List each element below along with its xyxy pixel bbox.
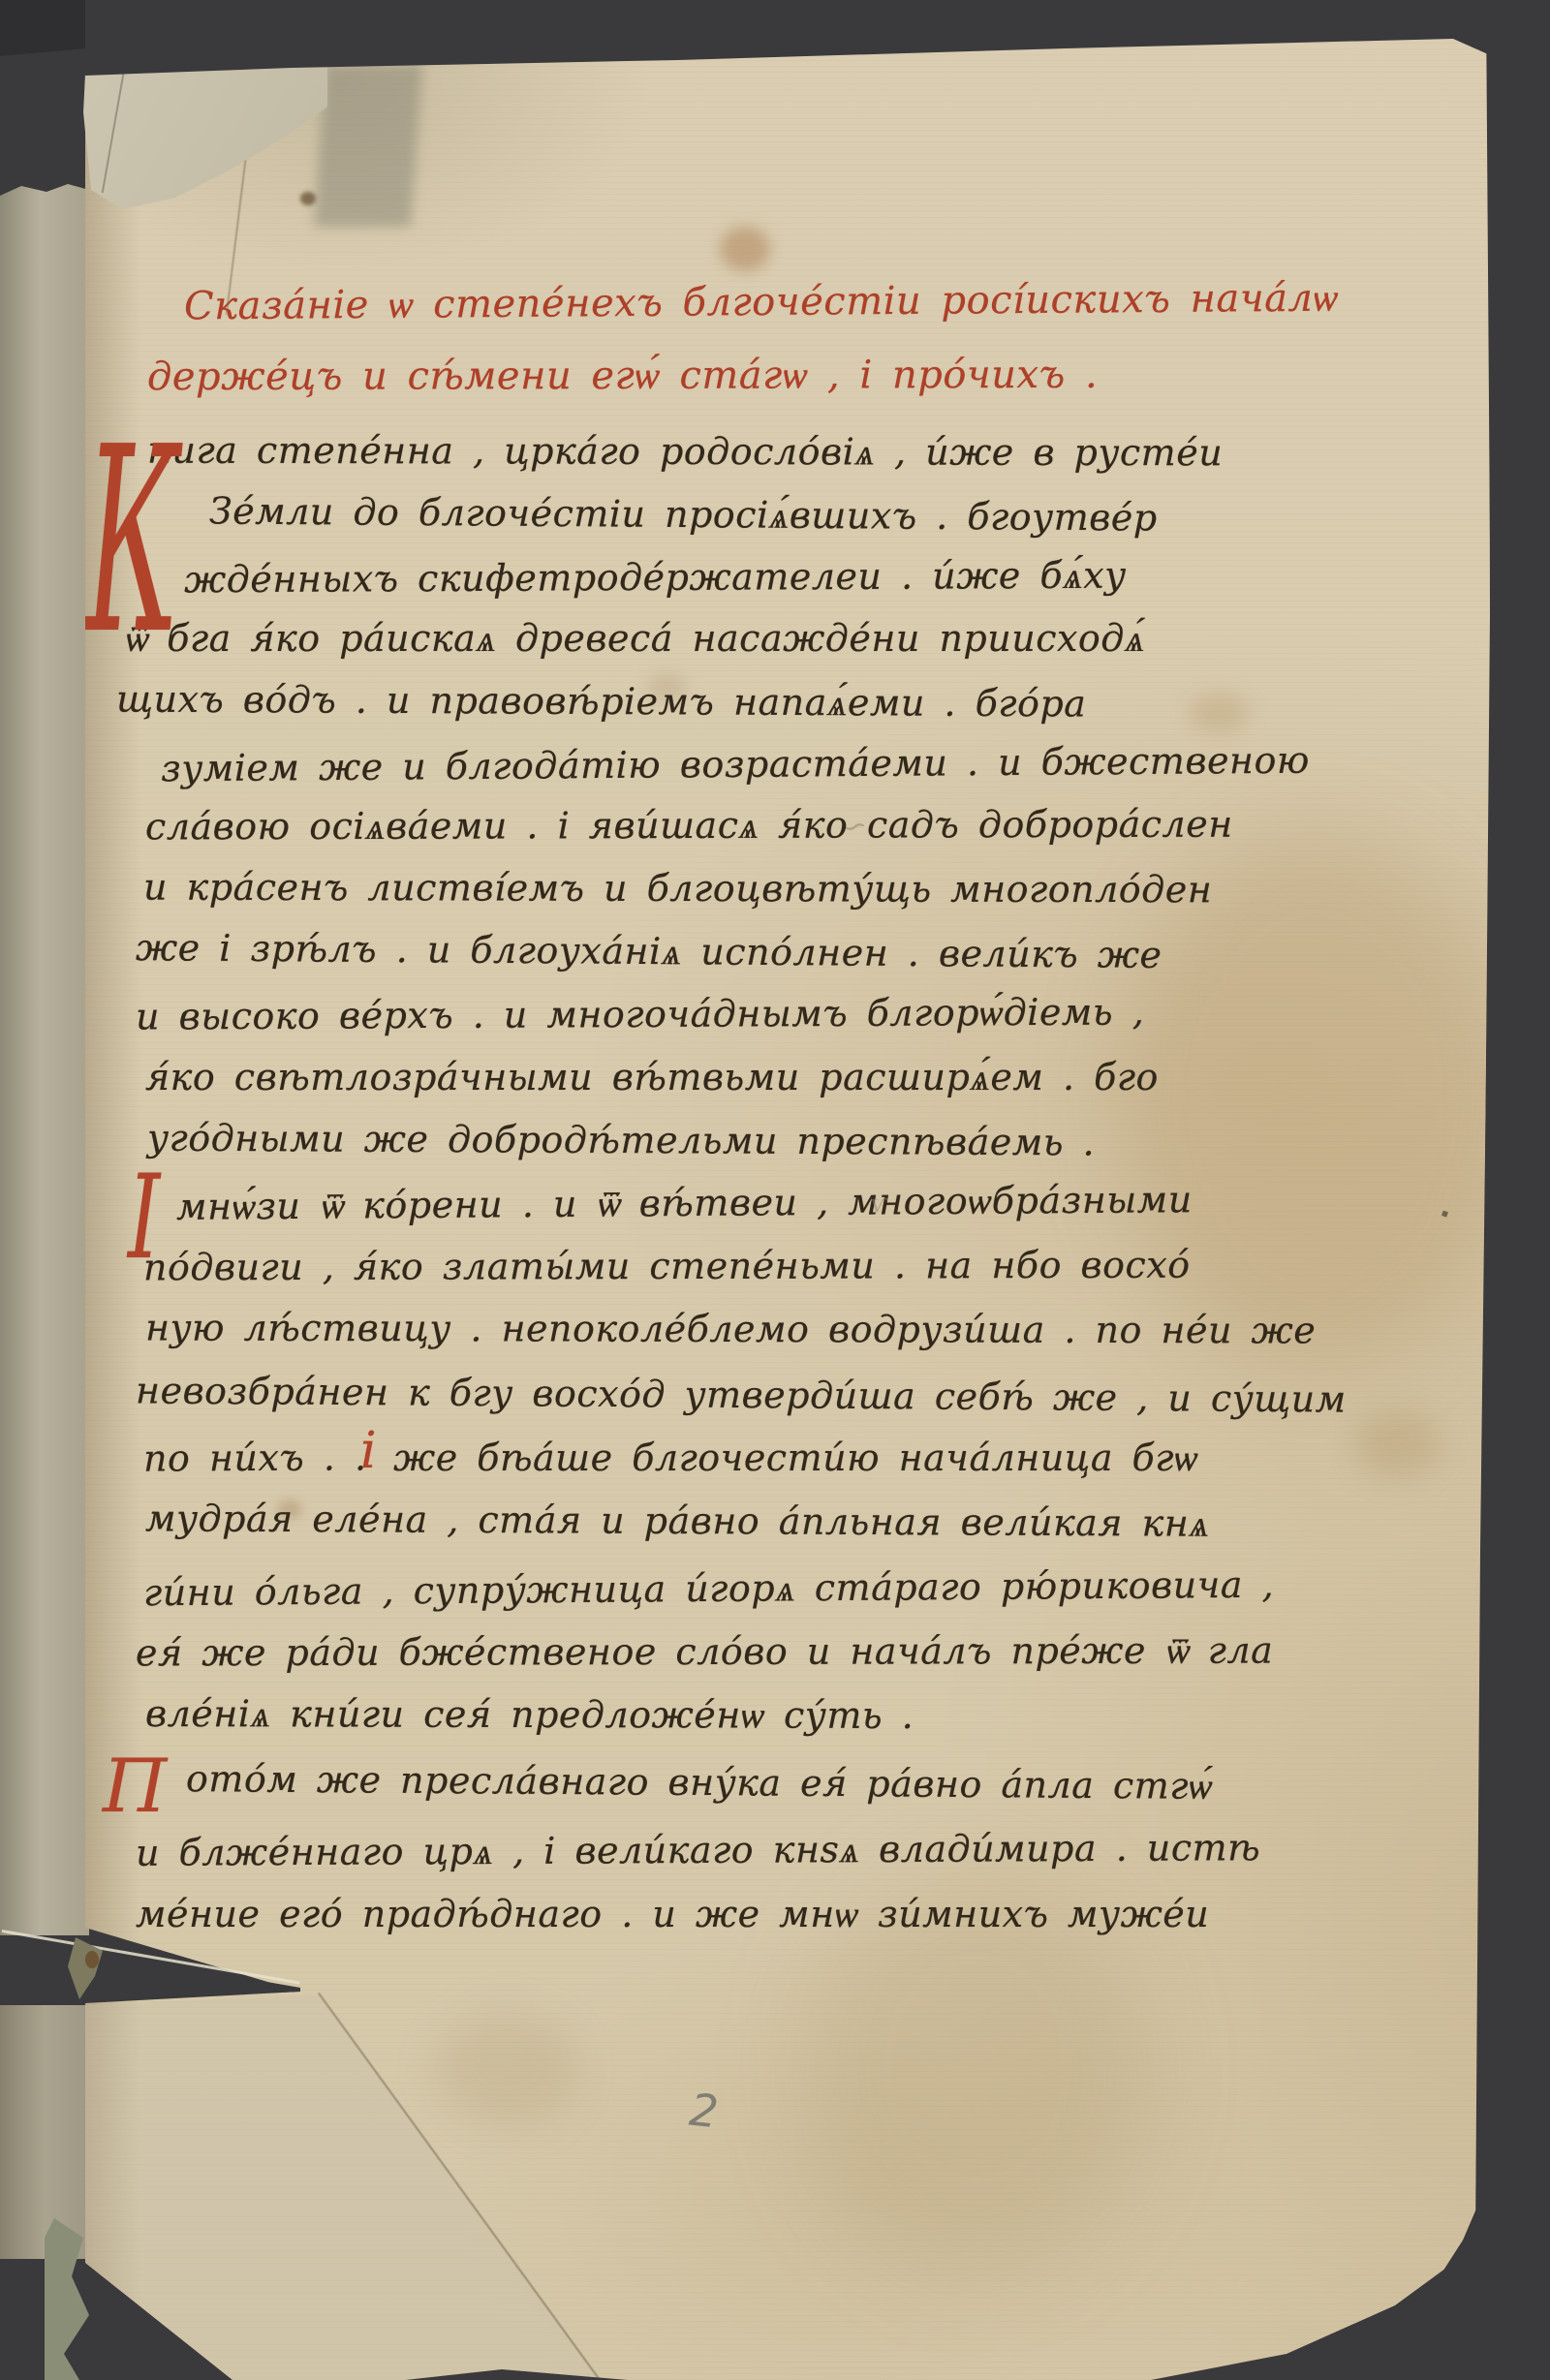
text-line: ея́ же ра́ди бже́ственое сло́во и нача́л… [136, 1632, 1273, 1672]
text-layer: Сказа́ніе ѡ степе́нехъ блгоче́стіи росі́… [85, 35, 1492, 2380]
text-line: уго́дными же добродѣ́тельми преспѣва́емь… [147, 1120, 1095, 1161]
text-line: зуміем же и блгода́тію возраста́еми . и … [161, 742, 1310, 788]
text-line: и высоко ве́рхъ . и многоча́днымъ блгорѡ… [136, 993, 1144, 1035]
text-line: Зе́мли до блгоче́стіи просіѧ́вшихъ . бго… [209, 492, 1158, 536]
text-line: ме́ние его́ прадѣ́днаго . и же мнѡ зи́мн… [136, 1896, 1209, 1932]
text-line: ную лѣ́ствицу . непоколе́блемо водрузи́ш… [145, 1310, 1316, 1349]
text-line: ги́ни о́льга , супру́жница и́горѧ ста́ра… [143, 1566, 1274, 1612]
binding-strip-lower [0, 2005, 89, 2259]
rubric-initial: І [128, 1160, 160, 1277]
rubric-initial: П [103, 1749, 167, 1823]
text-line: жде́нныхъ скифетроде́ржателеи . и́же бѧ́… [184, 557, 1127, 599]
text-line: держе́цъ и сѣ́мени егѡ́ ста́гѡ , і про́ч… [147, 355, 1098, 396]
text-line: ѿ бга я́ко ра́искаѧ древеса́ насажде́ни … [124, 620, 1145, 657]
folio-number-pencil: 2 [687, 2084, 721, 2139]
text-line: по ни́хъ . . [143, 1438, 367, 1476]
text-line: же і зрѣ́лъ . и блгоуха́ніѧ испо́лнен . … [136, 929, 1162, 974]
text-line: невозбра́нен к бгу восхо́д утверди́ша се… [136, 1372, 1347, 1417]
text-line: мудра́я еле́на , ста́я и ра́вно а́пльная… [145, 1499, 1210, 1541]
text-line: мнѡ́зи ѿ ко́рени . и ѿ вѣ́твеи , многоѡб… [176, 1181, 1193, 1225]
manuscript-photo: Сказа́ніе ѡ степе́нехъ блгоче́стіи росі́… [0, 0, 1550, 2380]
text-line: нига степе́нна , црка́го родосло́віѧ , и… [147, 432, 1223, 472]
margin-mark: ѵ [869, 1189, 888, 1219]
text-line: по́двиги , я́ко златы́ми степе́ньми . на… [143, 1247, 1191, 1286]
rubric-initial: і [360, 1426, 377, 1476]
text-line: ото́м же пресла́внаго вну́ка ея́ ра́вно … [186, 1760, 1213, 1805]
manuscript-page: Сказа́ніе ѡ степе́нехъ блгоче́стіи росі́… [85, 35, 1492, 2380]
text-line: Сказа́ніе ѡ степе́нехъ блгоче́стіи росі́… [184, 279, 1339, 326]
margin-mark: ▪ [1440, 1206, 1450, 1221]
text-line: сла́вою осіѧва́еми . і яви́шасѧ я́ко сад… [145, 806, 1233, 846]
binding-strip [0, 182, 89, 1935]
text-line: вле́ніѧ кни́ги сея́ предложе́нѡ су́ть . [145, 1695, 914, 1734]
text-line: и блже́ннаго црѧ , і вели́каго кнѕѧ влад… [136, 1829, 1260, 1871]
text-line: я́ко свѣтлозра́чными вѣ́твьми расширѧ́ем… [145, 1059, 1159, 1096]
text-line: и кра́сенъ листві́емъ и блгоцвѣту́щь мно… [143, 869, 1212, 909]
torn-fragment [85, 1951, 99, 1968]
rubric-initial: К [85, 415, 180, 671]
text-line: щихъ во́дъ . и правовѣ́ріемъ напаѧ́еми .… [116, 681, 1087, 723]
text-line: же бѣа́ше блгочести́ю нача́лница бгѡ [393, 1439, 1198, 1476]
